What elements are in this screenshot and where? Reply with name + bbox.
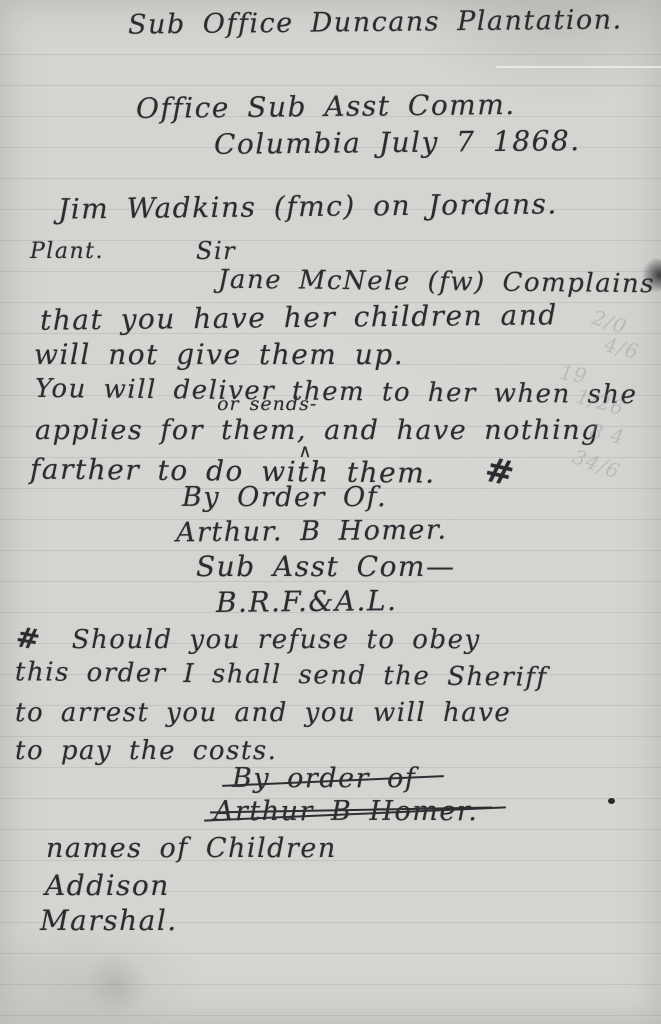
order-line-2-prefix: applies for (35, 415, 204, 446)
struck-by-order-line: By order of (232, 764, 416, 794)
order-line-1: You will deliver them to her when she (35, 375, 638, 410)
order-insertion-wrap: or sends- them, ∧ (221, 416, 307, 446)
salutation: Sir (196, 238, 236, 264)
child-name-2: Marshal. (40, 906, 178, 937)
document-page: Sub Office Duncans Plantation. Office Su… (0, 0, 661, 1024)
ink-dot (608, 798, 615, 804)
complaint-line-3: will not give them up. (34, 340, 404, 371)
note-reference-mark: # (14, 622, 44, 657)
pencil-scribble: 19 (558, 360, 589, 388)
note-line-4: to pay the costs. (15, 737, 277, 766)
reference-mark: # (481, 452, 518, 495)
child-name-1: Addison (45, 871, 170, 902)
note-line-2: this order I shall send the Sheriff (15, 658, 548, 692)
bureau-abbreviation: B.R.F.&A.L. (216, 586, 398, 619)
interlinear-insertion: or sends- (217, 394, 317, 415)
addressee-line: Jim Wadkins (fmc) on Jordans. (58, 189, 558, 225)
sub-office-line: Sub Office Duncans Plantation. (128, 5, 623, 40)
paper-smudge (86, 950, 146, 1020)
paper-scratch (496, 66, 661, 68)
by-order-line: By Order Of. (182, 483, 387, 513)
complaint-line-2: that you have her children and (40, 300, 558, 336)
children-heading: names of Children (46, 834, 337, 864)
order-line-2-suffix: and have nothing (324, 415, 600, 446)
complaint-line-1: Jane McNele (fw) Complains (218, 266, 655, 299)
date-line: Columbia July 7 1868. (214, 126, 581, 161)
signature-title-line: Sub Asst Com— (196, 552, 455, 583)
struck-signature-line: Arthur B Homer. (214, 797, 478, 827)
note-line-3: to arrest you and you will have (15, 699, 511, 728)
pencil-scribble: 4/6 (602, 332, 642, 364)
addressee-continuation: Plant. (30, 240, 104, 264)
note-line-1-text: Should you refuse to obey (72, 625, 481, 655)
office-line: Office Sub Asst Comm. (136, 90, 516, 125)
order-line-2: applies for or sends- them, ∧ and have n… (35, 416, 600, 446)
struck-signature-text: Arthur B Homer. (214, 797, 478, 827)
struck-by-order-text: By order of (232, 764, 416, 794)
order-line-2-word: them, (221, 415, 307, 446)
note-line-1: # Should you refuse to obey (16, 624, 481, 655)
signature-line: Arthur. B Homer. (176, 516, 448, 549)
pencil-scribble: 34/6 (569, 444, 623, 483)
